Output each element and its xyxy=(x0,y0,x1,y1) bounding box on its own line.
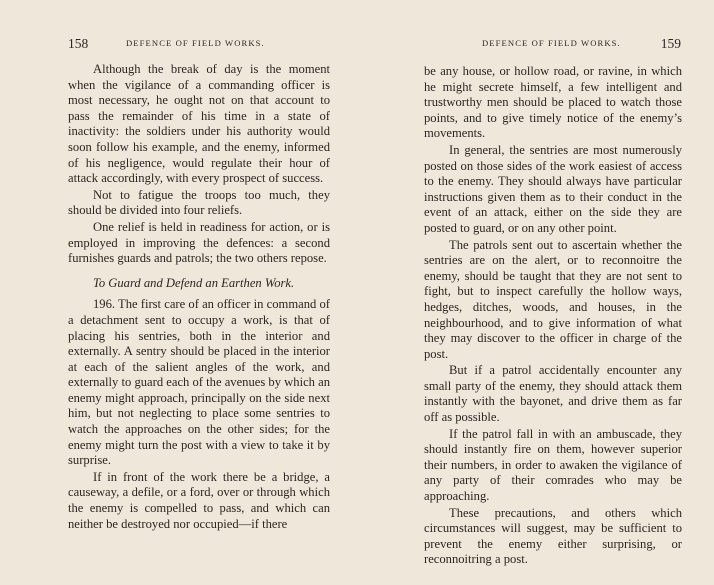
paragraph: 196. The first care of an officer in com… xyxy=(68,297,330,469)
paragraph-continuation: be any house, or hollow road, or ravine,… xyxy=(424,64,682,142)
running-head: DEFENCE OF FIELD WORKS. 159 xyxy=(423,36,681,52)
paragraph: The patrols sent out to ascertain whethe… xyxy=(424,238,682,363)
paragraph: Not to fatigue the troops too much, they… xyxy=(68,188,330,219)
paragraph: But if a patrol accidentally encounter a… xyxy=(424,363,682,425)
page-body: be any house, or hollow road, or ravine,… xyxy=(424,64,682,568)
left-page: 158 DEFENCE OF FIELD WORKS. Although the… xyxy=(0,0,357,585)
right-page: DEFENCE OF FIELD WORKS. 159 be any house… xyxy=(357,0,714,585)
running-head: 158 DEFENCE OF FIELD WORKS. xyxy=(68,36,330,52)
page-number: 158 xyxy=(68,36,88,52)
running-head-title: DEFENCE OF FIELD WORKS. xyxy=(482,38,621,48)
section-heading: To Guard and Defend an Earthen Work. xyxy=(93,276,330,292)
paragraph: If the patrol fall in with an ambuscade,… xyxy=(424,427,682,505)
paragraph: One relief is held in readiness for acti… xyxy=(68,220,330,267)
paragraph: If in front of the work there be a bridg… xyxy=(68,470,330,532)
running-head-title: DEFENCE OF FIELD WORKS. xyxy=(126,38,265,48)
page-body: Although the break of day is the moment … xyxy=(68,62,330,532)
page-number: 159 xyxy=(661,36,681,52)
paragraph: In general, the sentries are most numero… xyxy=(424,143,682,237)
paragraph: Although the break of day is the moment … xyxy=(68,62,330,187)
paragraph: These precautions, and others which circ… xyxy=(424,506,682,568)
